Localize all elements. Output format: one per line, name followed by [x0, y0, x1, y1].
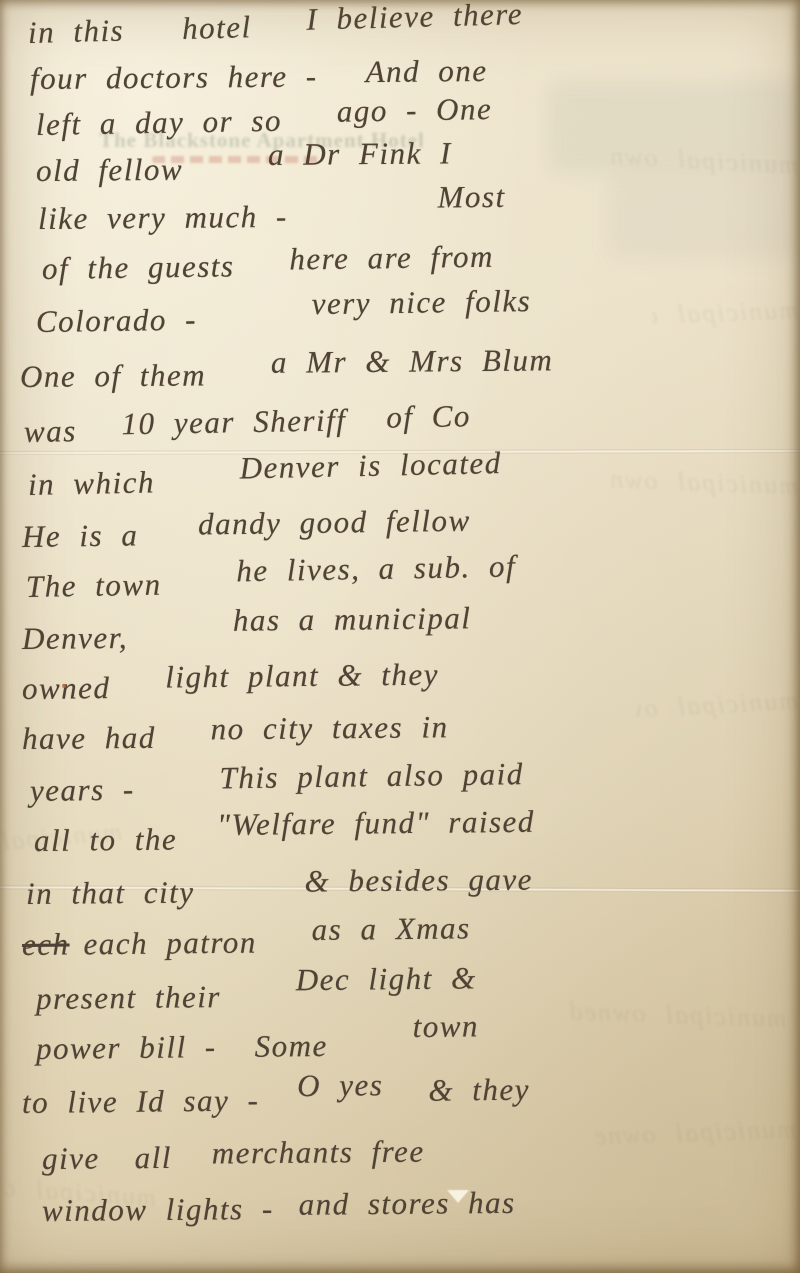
handwriting-segment: ago - One: [336, 90, 492, 131]
handwriting-line-20: present theirDec light &: [36, 975, 477, 1018]
handwriting-segment: no city taxes in: [211, 708, 449, 749]
handwriting-segment: hotel: [182, 8, 252, 49]
letter-page: The Blackstone Apartment Hotel municipal…: [0, 0, 800, 1273]
handwriting-segment: I believe there: [306, 0, 524, 39]
handwriting-segment: & besides gave: [304, 861, 533, 902]
bleedthrough-handwriting: municipal owned light plant and they hav…: [556, 996, 787, 1034]
handwriting-line-23: giveallmerchants free: [42, 1137, 425, 1179]
handwriting-segment: in that city: [26, 874, 195, 914]
handwriting-line-14: ownedlight plant & they: [22, 666, 439, 709]
handwriting-segment: and stores has: [298, 1184, 515, 1225]
handwriting-line-21: power bill -Sometown: [36, 1025, 480, 1068]
paper-shadow-patch: [608, 176, 800, 258]
handwriting-segment: town: [412, 1007, 479, 1046]
handwriting-segment: present their: [36, 978, 221, 1019]
handwriting-segment: all: [134, 1139, 172, 1178]
bleedthrough-handwriting: municipal owned light plant and they hav…: [635, 686, 798, 724]
handwriting-segment: Most: [437, 178, 505, 217]
handwriting-segment: give: [42, 1139, 100, 1178]
bleedthrough-handwriting: municipal owned light plant and they hav…: [596, 1115, 797, 1152]
handwriting-segment: he lives, a sub. of: [236, 547, 516, 591]
handwriting-line-6: of the guestshere are from: [42, 244, 495, 289]
handwriting-segment: a Mr & Mrs Blum: [271, 341, 554, 382]
handwriting-segment: The town: [26, 566, 162, 607]
handwriting-segment: like very much -: [38, 198, 288, 239]
handwriting-segment: window lights -: [42, 1190, 274, 1231]
handwriting-segment: of Co: [386, 397, 471, 437]
handwriting-segment: dandy good fellow: [198, 502, 471, 545]
handwriting-line-24: window lights -and stores has: [42, 1188, 516, 1231]
handwriting-segment: 10 year Sheriff: [121, 401, 346, 444]
handwriting-segment: all to the: [34, 821, 178, 861]
handwriting-line-18: in that city& besides gave: [26, 871, 533, 914]
handwriting-segment: light plant & they: [165, 656, 439, 698]
handwriting-segment: a Dr Fink I: [268, 134, 452, 174]
bleedthrough-handwriting: municipal owned light plant and they hav…: [652, 295, 799, 330]
handwriting-segment: years -: [30, 771, 135, 811]
handwriting-segment: power bill -: [36, 1028, 217, 1069]
handwriting-segment: of the guests: [42, 247, 235, 288]
paper-speck: [62, 684, 66, 688]
handwriting-segment: & they: [428, 1071, 530, 1111]
handwriting-segment: four doctors here -: [30, 57, 318, 98]
handwriting-segment: in this: [27, 11, 124, 52]
handwriting-line-4: old fellowa Dr Fink I: [36, 148, 452, 190]
paper-notch: [447, 1190, 469, 1203]
handwriting-segment: This plant also paid: [219, 755, 524, 798]
handwriting-segment: very nice folks: [311, 282, 531, 324]
handwriting-segment: here are from: [289, 238, 494, 280]
handwriting-segment: was: [24, 412, 77, 452]
handwriting-segment: have had: [22, 719, 156, 759]
handwriting-segment: Colorado -: [36, 301, 197, 342]
handwriting-segment: O yes: [297, 1066, 384, 1106]
handwriting-line-10: in whichDenver is located: [28, 456, 503, 505]
handwriting-segment: has a municipal: [233, 599, 472, 640]
handwriting-segment: left a day or so: [36, 102, 283, 145]
handwriting-line-22: to live Id say -O yes& they: [22, 1079, 530, 1123]
handwriting-segment: as a Xmas: [311, 909, 470, 949]
handwriting-segment: merchants free: [212, 1133, 425, 1174]
handwriting-segment: One of them: [20, 356, 206, 396]
handwriting-line-9: was10 year Sheriffof Co: [24, 405, 472, 452]
handwriting-segment: And one: [365, 52, 487, 92]
handwriting-segment: "Welfare fund" raised: [217, 803, 535, 845]
handwriting-segment: Some: [254, 1027, 328, 1067]
handwriting-line-19: echeach patronas a Xmas: [22, 921, 471, 964]
handwriting-segment: Denver,: [22, 619, 128, 659]
handwriting-segment: Denver is located: [239, 444, 502, 488]
handwriting-segment: in which: [28, 463, 156, 504]
handwriting-segment: to live Id say -: [22, 1082, 260, 1123]
handwriting-segment: owned: [22, 669, 111, 709]
handwriting-segment: He is a: [22, 516, 139, 556]
handwriting-line-17: all to the"Welfare fund" raised: [34, 817, 535, 861]
handwriting-segment: each patron: [83, 924, 257, 965]
handwriting-line-1: in thishotelI believe there: [27, 1, 523, 53]
handwriting-line-8: One of thema Mr & Mrs Blum: [20, 353, 554, 396]
bleedthrough-handwriting: municipal owned light plant and they hav…: [608, 465, 799, 502]
handwriting-segment: Dec light &: [296, 959, 477, 1000]
handwriting-line-13: Denver,has a municipal: [22, 615, 472, 658]
handwriting-segment: old fellow: [36, 151, 183, 191]
handwriting-line-15: have hadno city taxes in: [22, 716, 449, 758]
handwriting-line-7: Colorado -very nice folks: [36, 296, 532, 342]
handwriting-line-5: like very much -Most: [38, 196, 506, 239]
handwriting-struck-word: ech: [22, 926, 70, 965]
